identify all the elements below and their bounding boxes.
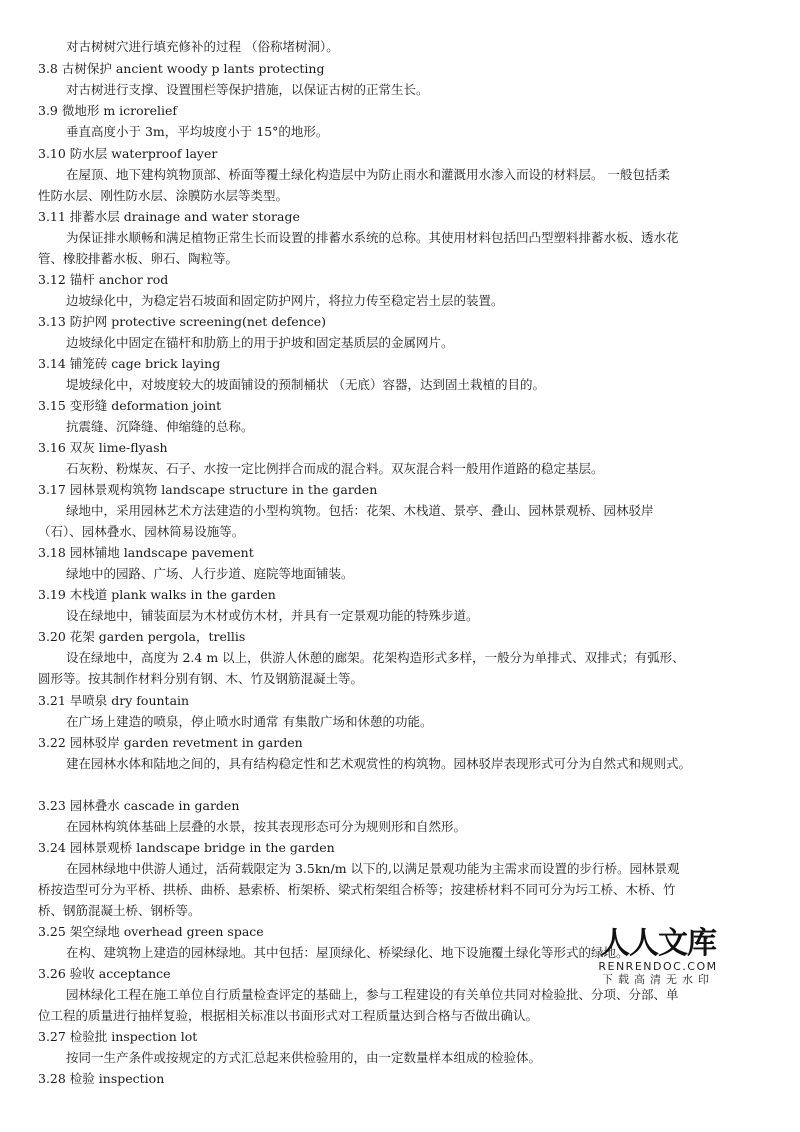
- term-heading: 3.8 古树保护 ancient woody p lants protectin…: [38, 58, 324, 79]
- definition-text: 边坡绿化中，为稳定岩石坡面和固定防护网片，将拉力传至稳定岩土层的装置。: [66, 290, 504, 311]
- definition-text: 性防水层、刚性防水层、涂膜防水层等类型。: [38, 185, 288, 206]
- term-heading: 3.27 检验批 inspection lot: [38, 1026, 197, 1047]
- term-heading: 3.24 园林景观桥 landscape bridge in the garde…: [38, 837, 335, 858]
- term-heading: 3.20 花架 garden pergola，trellis: [38, 626, 245, 647]
- watermark-subtitle: 下载高清无水印: [588, 973, 728, 986]
- definition-text: 管、橡胶排蓄水板、卵石、陶粒等。: [38, 248, 238, 269]
- definition-text: 设在绿地中，铺装面层为木材或仿木材，并具有一定景观功能的特殊步道。: [66, 605, 479, 626]
- term-heading: 3.23 园林叠水 cascade in garden: [38, 795, 239, 816]
- term-heading: 3.10 防水层 waterproof layer: [38, 143, 217, 164]
- term-heading: 3.21 旱喷泉 dry fountain: [38, 690, 189, 711]
- definition-text: 位工程的质量进行抽样复验，根据相关标准以书面形式对工程质量达到合格与否做出确认。: [38, 1005, 538, 1026]
- term-heading: 3.22 园林驳岸 garden revetment in garden: [38, 732, 303, 753]
- watermark-logo: 人人文库 RENRENDOC.COM 下载高清无水印: [588, 928, 728, 986]
- definition-text: 抗震缝、沉降缝、伸缩缝的总称。: [66, 416, 254, 437]
- definition-text: 对古树树穴进行填充修补的过程 （俗称堵树洞）。: [66, 36, 339, 57]
- term-heading: 3.18 园林铺地 landscape pavement: [38, 542, 254, 563]
- term-heading: 3.25 架空绿地 overhead green space: [38, 921, 264, 942]
- watermark-title: 人人文库: [588, 928, 728, 960]
- definition-text: 绿地中的园路、广场、人行步道、庭院等地面铺装。: [66, 563, 354, 584]
- term-heading: 3.16 双灰 lime-flyash: [38, 437, 168, 458]
- definition-text: 在园林绿地中供游人通过，活荷载限定为 3.5kn/m 以下的,以满足景观功能为主…: [66, 858, 680, 879]
- definition-text: 对古树进行支撑、设置围栏等保护措施，以保证古树的正常生长。: [66, 79, 429, 100]
- definition-text: 圆形等。按其制作材料分别有钢、木、竹及钢筋混凝土等。: [38, 668, 363, 689]
- term-heading: 3.28 检验 inspection: [38, 1068, 164, 1089]
- definition-text: （石）、园林叠水、园林简易设施等。: [38, 521, 244, 542]
- term-heading: 3.19 木栈道 plank walks in the garden: [38, 584, 276, 605]
- definition-text: 绿地中，采用园林艺术方法建造的小型构筑物。包括：花架、木栈道、景亭、叠山、园林景…: [66, 500, 654, 521]
- definition-text: 为保证排水顺畅和满足植物正常生长而设置的排蓄水系统的总称。其使用材料包括凹凸型塑…: [66, 227, 679, 248]
- term-heading: 3.26 验收 acceptance: [38, 963, 171, 984]
- definition-text: 建在园林水体和陆地之间的，具有结构稳定性和艺术观赏性的构筑物。园林驳岸表现形式可…: [66, 753, 691, 774]
- term-heading: 3.14 铺笼砖 cage brick laying: [38, 353, 220, 374]
- definition-text: 堤坡绿化中，对坡度较大的坡面铺设的预制桶状 （无底）容器，达到固土栽植的目的。: [66, 374, 545, 395]
- definition-text: 垂直高度小于 3m，平均坡度小于 15°的地形。: [66, 121, 328, 142]
- term-heading: 3.11 排蓄水层 drainage and water storage: [38, 206, 300, 227]
- definition-text: 桥按造型可分为平桥、拱桥、曲桥、悬索桥、桁架桥、梁式桁架组合桥等；按建桥材料不同…: [38, 879, 676, 900]
- definition-text: 石灰粉、粉煤灰、石子、水按一定比例拌合而成的混合料。双灰混合料一般用作道路的稳定…: [66, 458, 604, 479]
- definition-text: 按同一生产条件或按规定的方式汇总起来供检验用的，由一定数量样本组成的检验体。: [66, 1047, 541, 1068]
- definition-text: 在屋顶、地下建构筑物顶部、桥面等覆土绿化构造层中为防止雨水和灌溉用水渗入而设的材…: [66, 164, 670, 185]
- watermark-domain: RENRENDOC.COM: [588, 960, 728, 973]
- definition-text: 园林绿化工程在施工单位自行质量检查评定的基础上，参与工程建设的有关单位共同对检验…: [66, 984, 679, 1005]
- definition-text: 边坡绿化中固定在锚杆和肋筋上的用于护坡和固定基质层的金属网片。: [66, 332, 454, 353]
- definition-text: 桥、钢筋混凝土桥、钢桥等。: [38, 900, 201, 921]
- term-heading: 3.17 园林景观构筑物 landscape structure in the …: [38, 479, 377, 500]
- definition-text: 设在绿地中，高度为 2.4 m 以上，供游人休憩的廊架。花架构造形式多样，一般分…: [66, 647, 685, 668]
- term-heading: 3.12 锚杆 anchor rod: [38, 269, 168, 290]
- definition-text: 在园林构筑体基础上层叠的水景，按其表现形态可分为规则形和自然形。: [66, 816, 466, 837]
- term-heading: 3.15 变形缝 deformation joint: [38, 395, 221, 416]
- term-heading: 3.9 微地形 m icrorelief: [38, 100, 177, 121]
- definition-text: 在构、建筑物上建造的园林绿地。其中包括：屋顶绿化、桥梁绿化、地下设施覆土绿化等形…: [66, 942, 629, 963]
- term-heading: 3.13 防护网 protective screening(net defenc…: [38, 311, 326, 332]
- definition-text: 在广场上建造的喷泉，停止喷水时通常 有集散广场和休憩的功能。: [66, 711, 432, 732]
